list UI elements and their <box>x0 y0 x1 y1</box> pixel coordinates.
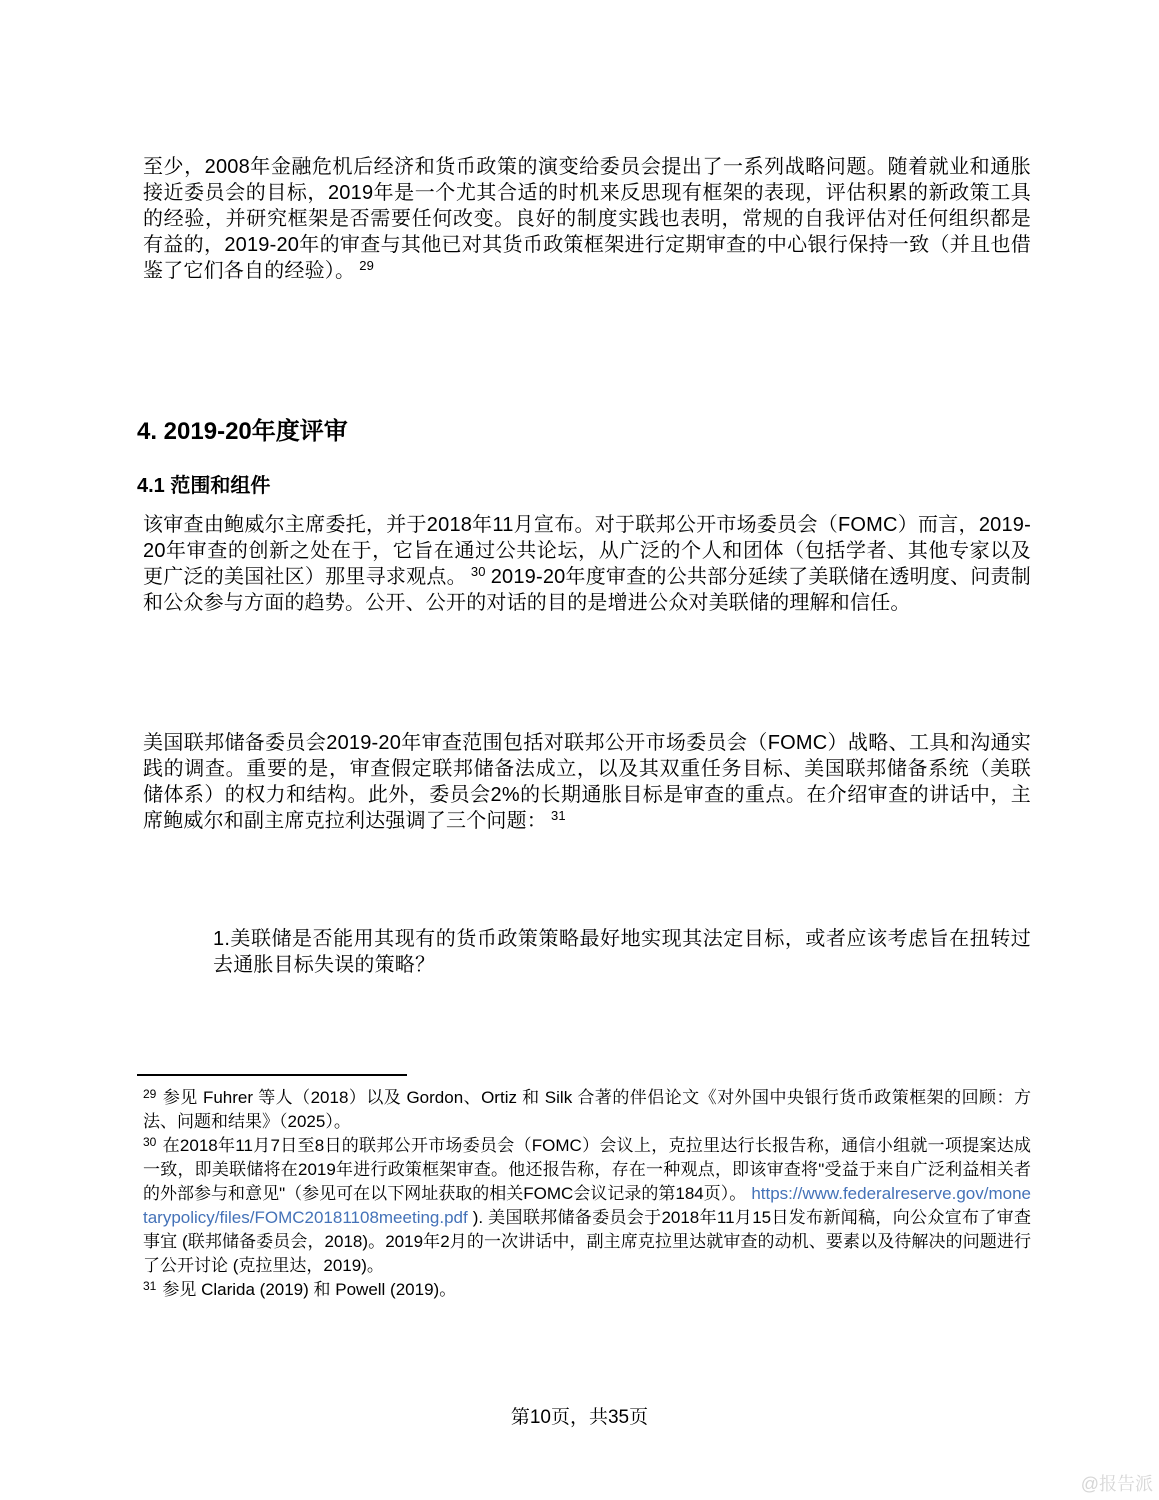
footnote-29-text: 参见 Fuhrer 等人（2018）以及 Gordon、Ortiz 和 Silk… <box>143 1088 1031 1131</box>
footnotes-section: 29参见 Fuhrer 等人（2018）以及 Gordon、Ortiz 和 Si… <box>143 1086 1031 1302</box>
question-list-item-1: 1.美联储是否能用其现有的货币政策策略最好地实现其法定目标，或者应该考虑旨在扭转… <box>213 926 1031 978</box>
footnote-ref-31: 31 <box>551 808 566 823</box>
scope-paragraph-2: 美国联邦储备委员会2019-20年审查范围包括对联邦公开市场委员会（FOMC）战… <box>143 730 1031 834</box>
footnote-separator-rule <box>137 1074 407 1076</box>
section-heading: 4. 2019-20年度评审 <box>137 415 348 449</box>
page-number-indicator: 第10页，共35页 <box>0 1406 1159 1430</box>
intro-paragraph: 至少，2008年金融危机后经济和货币政策的演变给委员会提出了一系列战略问题。随着… <box>143 154 1031 284</box>
footnote-31-marker: 31 <box>143 1279 156 1293</box>
footnote-30: 30在2018年11月7日至8日的联邦公开市场委员会（FOMC）会议上，克拉里达… <box>143 1134 1031 1278</box>
footnote-29-marker: 29 <box>143 1087 156 1101</box>
footnote-ref-30: 30 <box>471 564 486 579</box>
watermark-baogaopai: @报告派 <box>1081 1473 1153 1495</box>
scope-paragraph-1: 该审查由鲍威尔主席委托，并于2018年11月宣布。对于联邦公开市场委员会（FOM… <box>143 512 1031 616</box>
subsection-heading: 4.1 范围和组件 <box>137 472 270 500</box>
intro-paragraph-text: 至少，2008年金融危机后经济和货币政策的演变给委员会提出了一系列战略问题。随着… <box>143 156 1031 282</box>
document-page: 至少，2008年金融危机后经济和货币政策的演变给委员会提出了一系列战略问题。随着… <box>0 0 1159 1500</box>
footnote-31-text: 参见 Clarida (2019) 和 Powell (2019)。 <box>162 1280 456 1299</box>
footnote-ref-29: 29 <box>359 258 374 273</box>
footnote-29: 29参见 Fuhrer 等人（2018）以及 Gordon、Ortiz 和 Si… <box>143 1086 1031 1134</box>
footnote-31: 31参见 Clarida (2019) 和 Powell (2019)。 <box>143 1278 1031 1302</box>
footnote-30-marker: 30 <box>143 1135 156 1149</box>
scope-paragraph-2-text: 美国联邦储备委员会2019-20年审查范围包括对联邦公开市场委员会（FOMC）战… <box>143 732 1031 832</box>
